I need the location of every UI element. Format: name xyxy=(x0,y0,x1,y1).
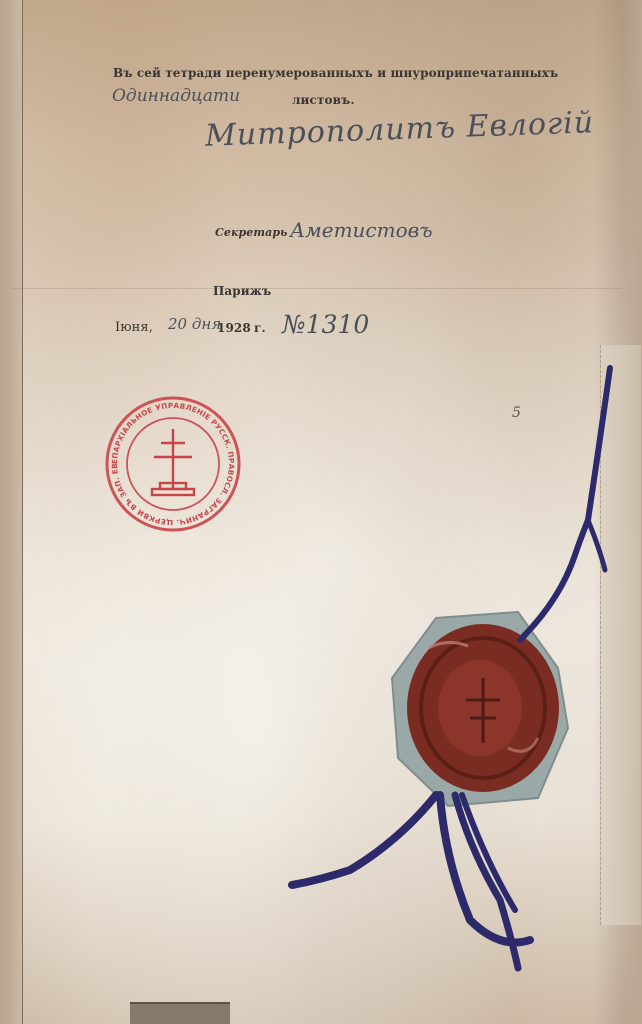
paper-fold xyxy=(12,288,622,289)
document-page: Въ сей тетради перенумерованныхъ и шнуро… xyxy=(0,0,642,1024)
secretary-label: Секретарь xyxy=(215,226,288,239)
date-month: Іюня, xyxy=(115,320,153,335)
metropolitan-signature: Митрополитъ Евлогій xyxy=(205,105,595,154)
certification-line-2: листовъ. xyxy=(292,93,355,107)
certification-line-1: Въ сей тетради перенумерованныхъ и шнуро… xyxy=(113,66,558,80)
page-left-edge xyxy=(0,0,23,1024)
secretary-signature: Аметистовъ xyxy=(290,218,433,242)
date-year: 1928 xyxy=(217,321,251,335)
city: Парижъ xyxy=(213,284,271,298)
registration-number: №1310 xyxy=(282,310,369,339)
date-day-handwritten: 20 дня xyxy=(168,315,221,333)
margin-mark: 5 xyxy=(512,405,521,421)
binding-tab xyxy=(130,1002,230,1024)
double-barred-cross-icon xyxy=(152,429,194,495)
binding-cord xyxy=(0,0,642,1024)
torn-folded-edge xyxy=(600,345,641,925)
date-suffix: г. xyxy=(254,321,266,335)
handwritten-sheet-count: Одиннадцати xyxy=(112,86,240,106)
diocesan-stamp: ЕПАРХІАЛЬНОЕ УПРАВЛЕНІЕ РУССК. ПРАВОСЛ. … xyxy=(104,395,242,533)
wax-seal xyxy=(388,608,570,810)
